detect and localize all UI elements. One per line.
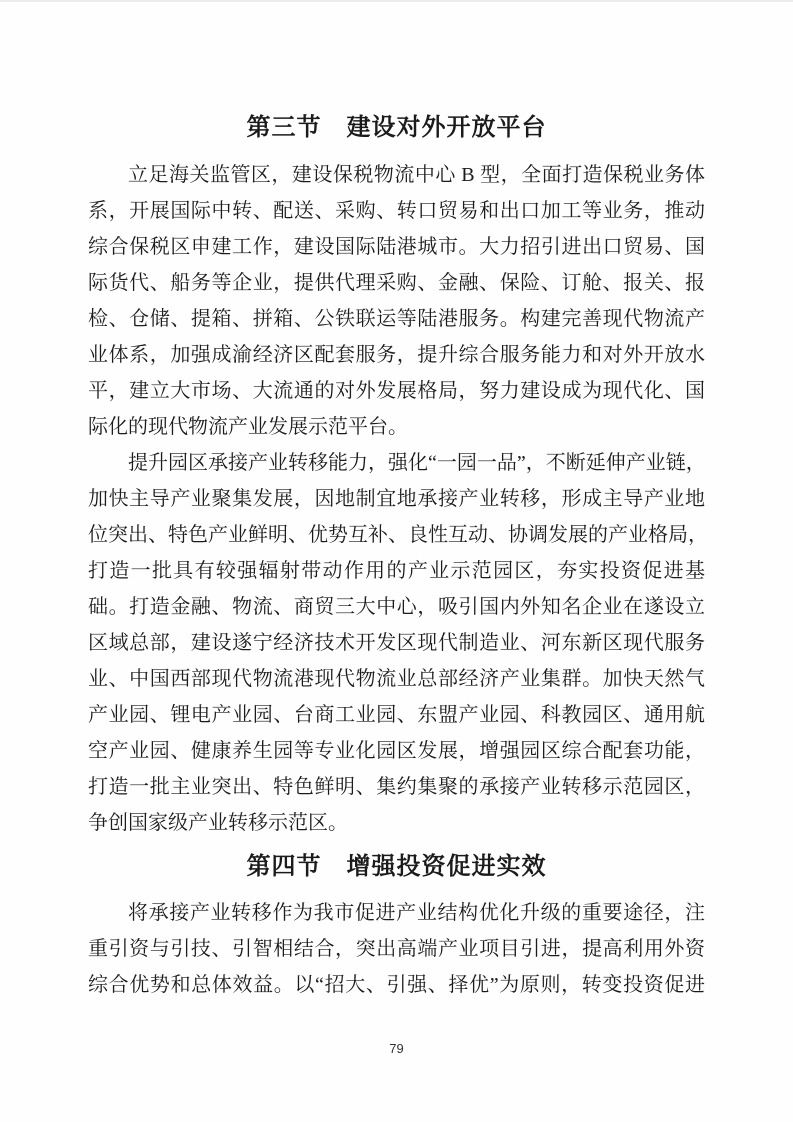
text-line: 位突出、特色产业鲜明、优势互补、良性互动、协调发展的产业格局， [88,517,705,553]
text-line: 产业园、锂电产业园、台商工业园、东盟产业园、科教园区、通用航 [88,697,705,733]
text-line: 空产业园、健康养生园等专业化园区发展，增强园区综合配套功能， [88,733,705,769]
text-line: 础。打造金融、物流、商贸三大中心，吸引国内外知名企业在遂设立 [88,589,705,625]
paragraph-3: 将承接产业转移作为我市促进产业结构优化升级的重要途径，注 重引资与引技、引智相结… [88,895,705,1003]
text-line: 际化的现代物流产业发展示范平台。 [88,409,705,445]
text-line: 综合保税区申建工作，建设国际陆港城市。大力招引进出口贸易、国 [88,229,705,265]
text-line: 系，开展国际中转、配送、采购、转口贸易和出口加工等业务，推动 [88,193,705,229]
text-line: 综合优势和总体效益。以“招大、引强、择优”为原则，转变投资促进 [88,967,705,1003]
document-page: 第三节 建设对外开放平台 立足海关监管区，建设保税物流中心 B 型，全面打造保税… [0,0,793,1122]
page-number: 79 [0,1041,793,1056]
text-line: 打造一批具有较强辐射带动作用的产业示范园区，夯实投资促进基 [88,553,705,589]
text-line: 际货代、船务等企业，提供代理采购、金融、保险、订舱、报关、报 [88,265,705,301]
paragraph-2: 提升园区承接产业转移能力，强化“一园一品”，不断延伸产业链， 加快主导产业聚集发… [88,445,705,841]
text-line: 打造一批主业突出、特色鲜明、集约集聚的承接产业转移示范园区， [88,769,705,805]
section-heading-3: 第三节 建设对外开放平台 [88,109,705,147]
text-line: 检、仓储、提箱、拼箱、公铁联运等陆港服务。构建完善现代物流产 [88,301,705,337]
text-line: 争创国家级产业转移示范区。 [88,805,705,841]
text-line: 将承接产业转移作为我市促进产业结构优化升级的重要途径，注 [88,895,705,931]
document-content: 第三节 建设对外开放平台 立足海关监管区，建设保税物流中心 B 型，全面打造保税… [0,109,793,1003]
text-line: 重引资与引技、引智相结合，突出高端产业项目引进，提高利用外资 [88,931,705,967]
text-line: 区域总部，建设遂宁经济技术开发区现代制造业、河东新区现代服务 [88,625,705,661]
paragraph-1: 立足海关监管区，建设保税物流中心 B 型，全面打造保税业务体 系，开展国际中转、… [88,157,705,445]
text-line: 加快主导产业聚集发展，因地制宜地承接产业转移，形成主导产业地 [88,481,705,517]
text-line: 业体系，加强成渝经济区配套服务，提升综合服务能力和对外开放水 [88,337,705,373]
section-heading-4: 第四节 增强投资促进实效 [88,848,705,886]
text-line: 提升园区承接产业转移能力，强化“一园一品”，不断延伸产业链， [88,445,705,481]
text-line: 立足海关监管区，建设保税物流中心 B 型，全面打造保税业务体 [88,157,705,193]
text-line: 平，建立大市场、大流通的对外发展格局，努力建设成为现代化、国 [88,373,705,409]
text-line: 业、中国西部现代物流港现代物流业总部经济产业集群。加快天然气 [88,661,705,697]
